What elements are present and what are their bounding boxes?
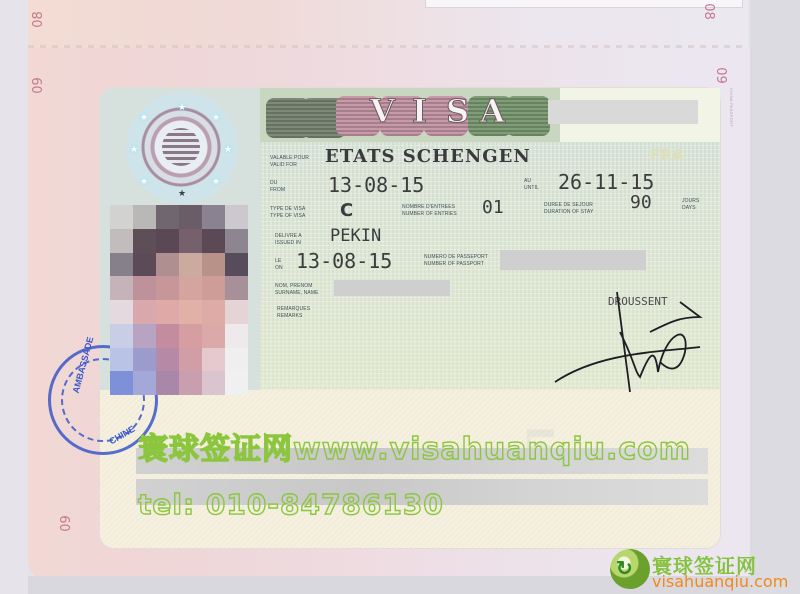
- mosaic-tile: [156, 276, 179, 300]
- signature: [540, 292, 720, 402]
- mosaic-tile: [179, 324, 202, 348]
- value-duration: 90: [630, 192, 652, 213]
- mosaic-tile: [110, 348, 133, 372]
- page-number-right: 09: [713, 67, 728, 84]
- mosaic-tile: [225, 371, 248, 395]
- label-name: NOM, PRENOMSURNAME, NAME: [275, 283, 319, 297]
- label-duration: DUREE DE SEJOURDURATION OF STAY: [544, 202, 593, 216]
- mosaic-tile: [156, 300, 179, 324]
- mosaic-tile: [225, 300, 248, 324]
- previous-page-slip: [425, 0, 743, 8]
- mosaic-tile: [179, 348, 202, 372]
- banner-pattern-icon: [506, 96, 550, 136]
- page-number-top-left: 08: [31, 11, 46, 28]
- redacted-visa-number: [548, 100, 698, 124]
- mosaic-tile: [110, 205, 133, 229]
- mosaic-tile: [133, 229, 156, 253]
- mosaic-tile: [110, 229, 133, 253]
- mosaic-tile: [133, 205, 156, 229]
- value-until: 26-11-15: [558, 170, 654, 194]
- mosaic-tile: [133, 300, 156, 324]
- star-icon: ★: [224, 144, 232, 155]
- watermark-phone: tel: 010-84786130: [138, 488, 444, 521]
- mosaic-tile: [179, 371, 202, 395]
- visa-letter-s: S: [446, 92, 469, 130]
- mosaic-tile: [179, 205, 202, 229]
- redacted-name: [334, 280, 450, 296]
- page-edge: [750, 0, 800, 594]
- label-passport-number: NUMERO DE PASSEPORTNUMBER OF PASSPORT: [424, 254, 488, 268]
- value-on: 13-08-15: [296, 249, 392, 273]
- visa-letter-i: I: [412, 92, 427, 130]
- arrow-icon: ↻: [616, 556, 633, 581]
- page-number-top-right: 08: [701, 3, 716, 20]
- mosaic-tile: [133, 324, 156, 348]
- mosaic-tile: [133, 276, 156, 300]
- label-issued-in: DELIVRE AISSUED IN: [275, 233, 302, 247]
- mosaic-tile: [225, 324, 248, 348]
- mosaic-tile: [225, 276, 248, 300]
- mosaic-tile: [156, 348, 179, 372]
- label-entries: NOMBRE D'ENTREESNUMBER OF ENTRIES: [402, 204, 457, 218]
- mosaic-tile: [225, 229, 248, 253]
- mosaic-tile: [156, 205, 179, 229]
- mosaic-tile: [202, 324, 225, 348]
- visa-letter-v: V: [370, 92, 395, 130]
- page-number-bottom-left: 09: [59, 515, 74, 532]
- star-icon: ★: [178, 188, 186, 199]
- mosaic-tile: [202, 348, 225, 372]
- page-microtext: CHINA PASSPORT: [729, 88, 734, 127]
- mosaic-tile: [179, 300, 202, 324]
- mosaic-tile: [156, 371, 179, 395]
- mosaic-tile: [110, 253, 133, 277]
- mosaic-tile: [156, 324, 179, 348]
- logo-url: visahuanqiu.com: [652, 572, 788, 591]
- label-valid-for: VALABLE POURVALID FOR: [270, 155, 309, 169]
- mosaic-tile: [133, 371, 156, 395]
- mosaic-tile: [225, 253, 248, 277]
- page-number-left: 09: [31, 77, 46, 94]
- value-from: 13-08-15: [328, 173, 424, 197]
- mosaic-tile: [202, 229, 225, 253]
- mosaic-tile: [110, 324, 133, 348]
- mosaic-tile: [179, 253, 202, 277]
- value-entries: 01: [482, 197, 504, 218]
- mosaic-tile: [202, 253, 225, 277]
- label-days: JOURSDAYS: [682, 198, 699, 212]
- mosaic-tile: [156, 229, 179, 253]
- mosaic-tile: [133, 348, 156, 372]
- label-on: LEON: [275, 258, 283, 272]
- redacted-passport-number: [500, 250, 646, 270]
- mosaic-tile: [179, 276, 202, 300]
- mosaic-tile: [110, 300, 133, 324]
- star-icon: ★: [140, 176, 148, 187]
- label-type: TYPE DE VISATYPE OF VISA: [270, 206, 305, 220]
- star-icon: ★: [212, 112, 220, 123]
- value-issued-in: PEKIN: [330, 226, 381, 246]
- value-type: C: [340, 200, 353, 221]
- mosaic-tile: [110, 276, 133, 300]
- watermark-url: 寰球签证网www.visahuanqiu.com: [138, 424, 691, 468]
- mosaic-tile: [202, 276, 225, 300]
- label-remarks: REMARQUESREMARKS: [277, 306, 310, 320]
- mosaic-tile: [202, 300, 225, 324]
- star-icon: ★: [140, 112, 148, 123]
- mosaic-tile: [225, 348, 248, 372]
- globe-emblem-icon: [162, 128, 200, 166]
- star-icon: ★: [178, 102, 186, 113]
- mosaic-tile: [202, 371, 225, 395]
- star-icon: ★: [212, 176, 220, 187]
- mosaic-tile: [179, 229, 202, 253]
- holder-photo-pixelated: [110, 205, 248, 395]
- mosaic-tile: [110, 371, 133, 395]
- visa-letter-a: A: [480, 92, 505, 130]
- mosaic-tile: [225, 205, 248, 229]
- value-valid-for: ETATS SCHENGEN: [325, 146, 531, 167]
- label-from: DUFROM: [270, 180, 285, 194]
- country-code: FRA: [650, 146, 683, 164]
- mosaic-tile: [202, 205, 225, 229]
- mosaic-tile: [133, 253, 156, 277]
- label-until: AUUNTIL: [524, 178, 539, 192]
- star-icon: ★: [130, 144, 138, 155]
- mosaic-tile: [156, 253, 179, 277]
